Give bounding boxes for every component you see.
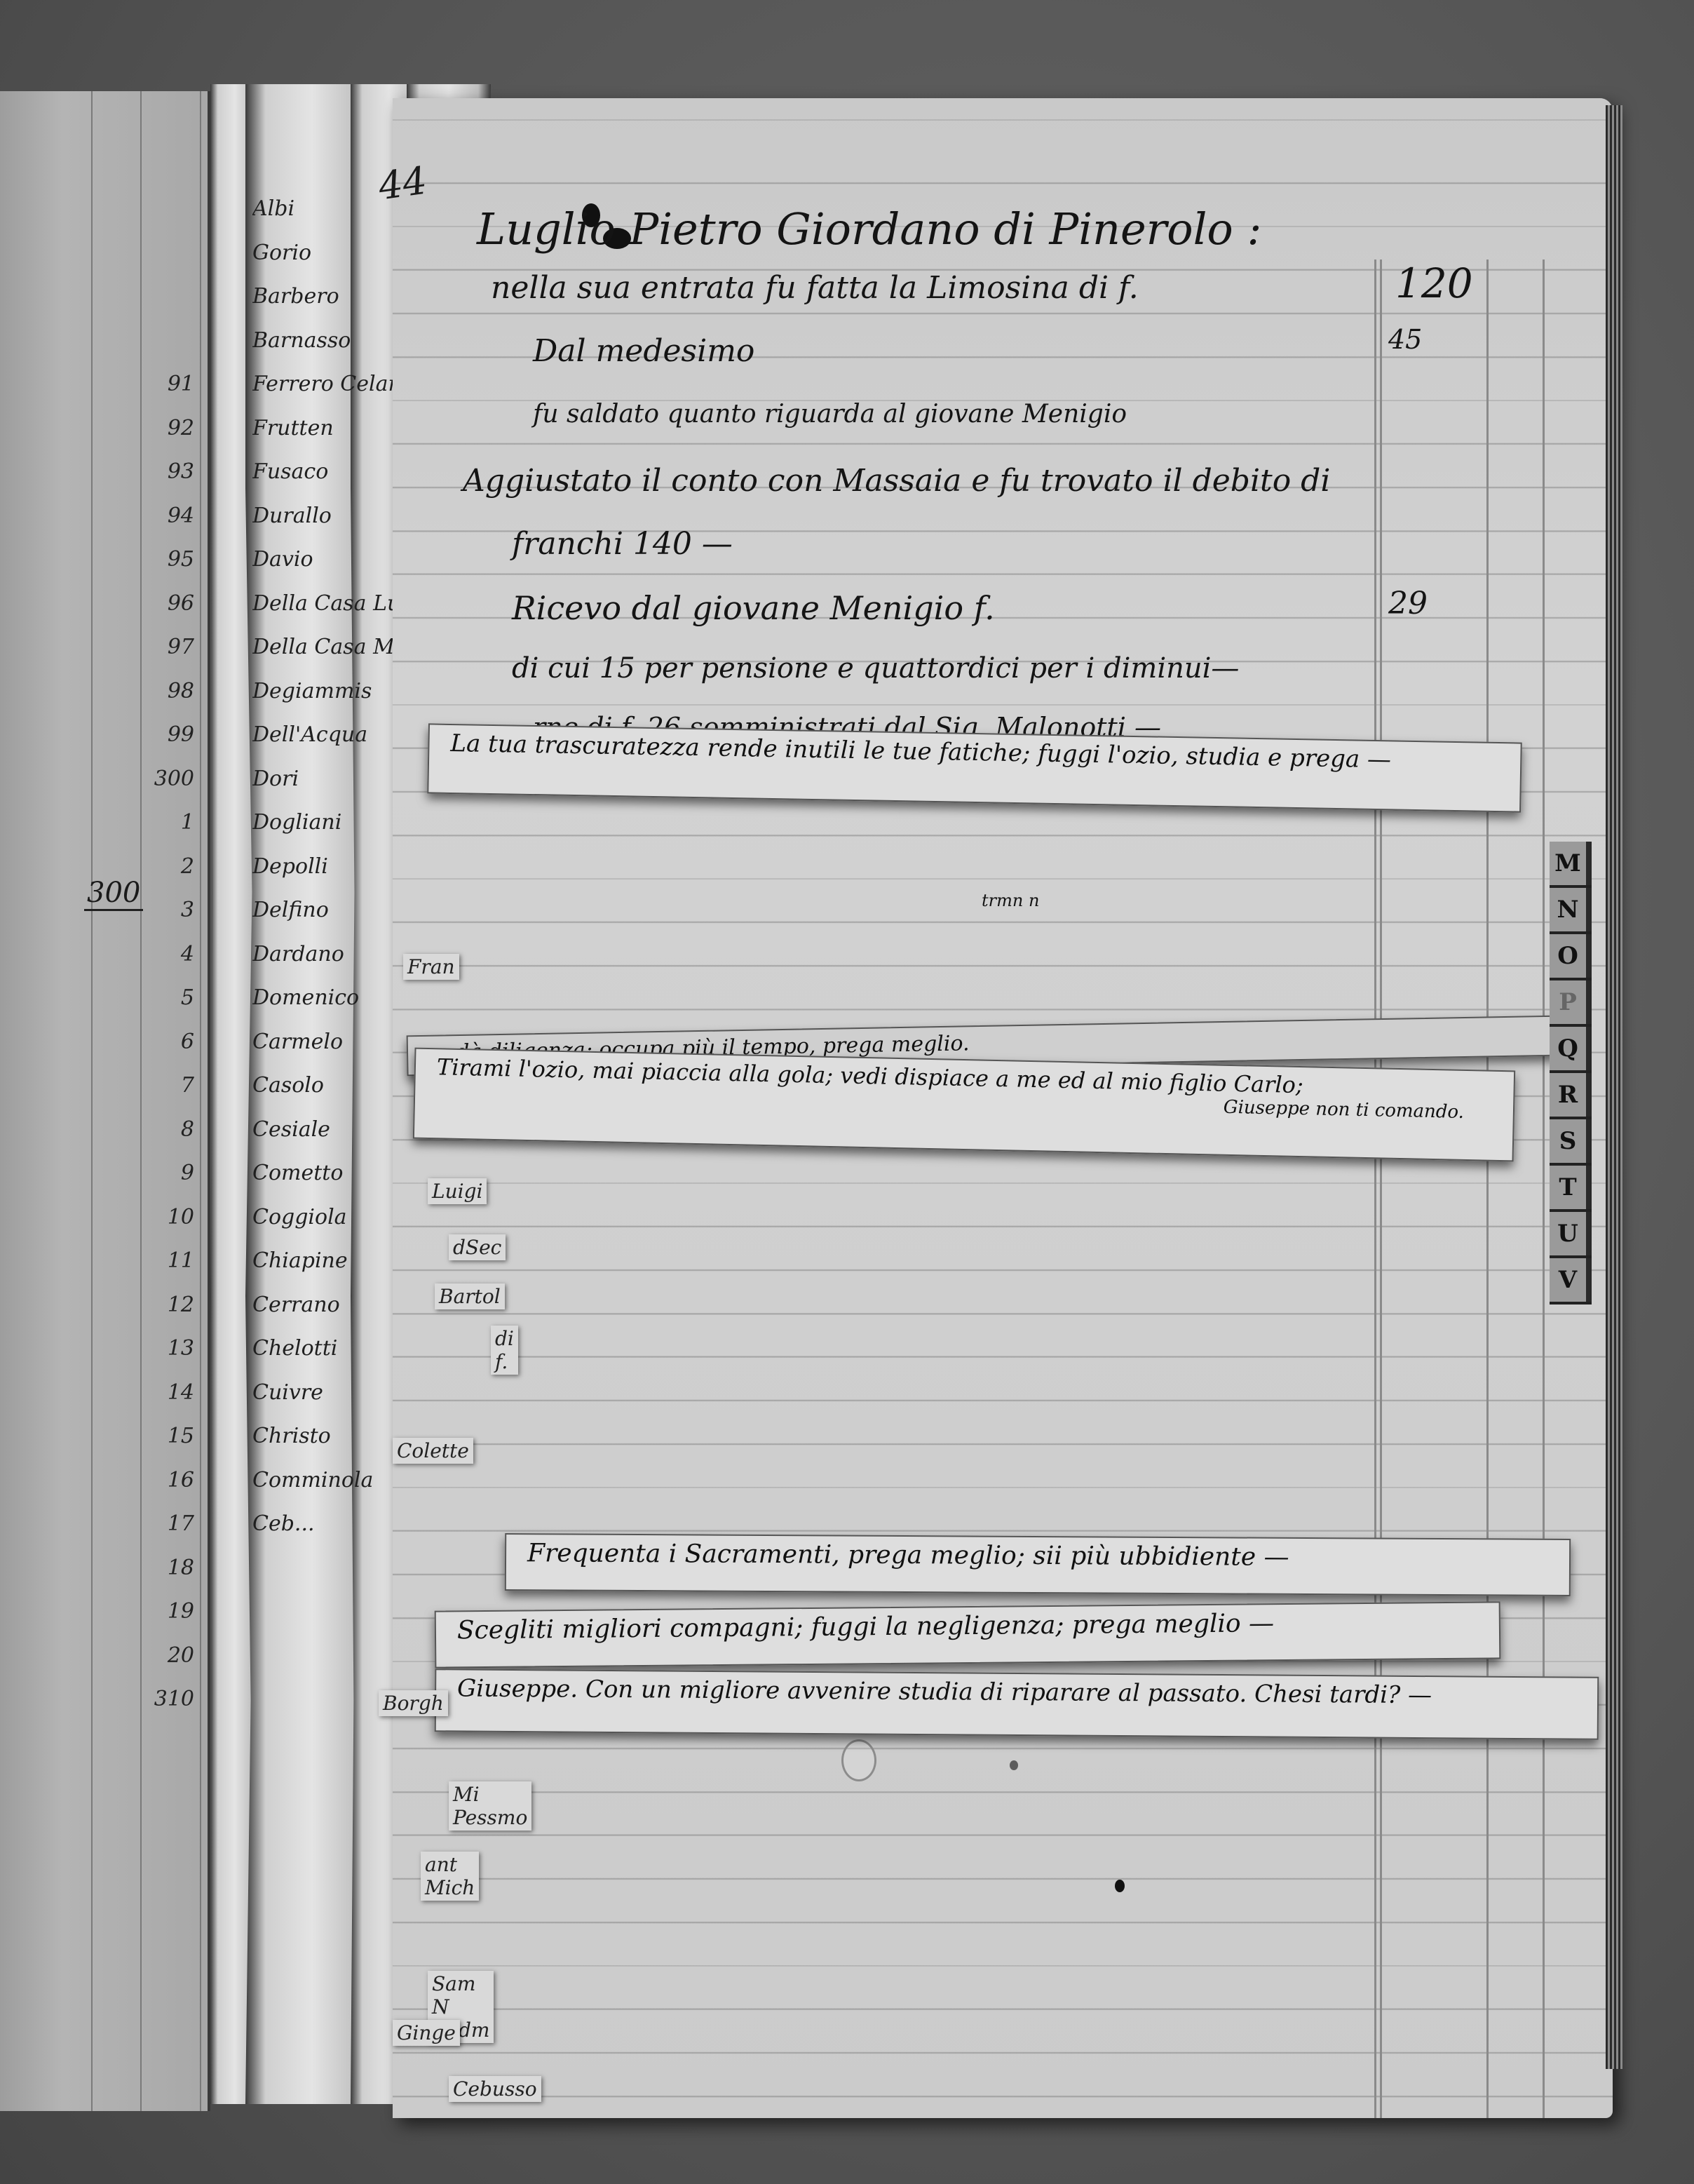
ledger-name: Dori (252, 767, 414, 811)
pasted-strip: Scegliti migliori compagni; fuggi la neg… (435, 1601, 1501, 1668)
ledger-name: Cometto (252, 1161, 414, 1205)
row-number: 300 (151, 767, 200, 811)
cents-column-rule (1486, 259, 1489, 2118)
row-number: 8 (151, 1117, 200, 1161)
ink-speck (1010, 1760, 1018, 1770)
torn-fragment-text: Colette (393, 1438, 473, 1464)
pasted-strip: Frequenta i Sacramenti, prega meglio; si… (505, 1533, 1571, 1596)
left-page-rule (91, 91, 93, 2111)
ledger-name: Dell'Acqua (252, 722, 414, 767)
alphabet-index-tabs: M N O P Q R S T U V (1550, 842, 1592, 1305)
ledger-name: Davio (252, 547, 414, 591)
strip-text: Scegliti migliori compagni; fuggi la neg… (457, 1609, 1275, 1645)
row-number: 12 (151, 1293, 200, 1337)
ledger-name: Fusaco (252, 459, 414, 504)
ink-speck (1115, 1880, 1125, 1892)
index-tab-n[interactable]: N (1550, 888, 1592, 931)
ledger-amount: 29 (1388, 586, 1428, 621)
index-tab-m[interactable]: M (1550, 842, 1592, 885)
index-tab-p[interactable]: P (1550, 980, 1592, 1024)
ledger-name: Dardano (252, 942, 414, 986)
torn-fragment-text: ant Mich (421, 1852, 479, 1901)
ledger-name: Cerrano (252, 1293, 414, 1337)
left-page-rule (200, 91, 201, 2111)
ledger-amount: 120 (1395, 259, 1473, 307)
row-number: 310 (151, 1687, 200, 1731)
torn-fragment-text: Fran (403, 954, 459, 980)
row-number: 5 (151, 985, 200, 1030)
torn-fragment-text: dSec (449, 1234, 506, 1260)
ledger-name: Comminola (252, 1468, 414, 1512)
row-number: 93 (151, 459, 200, 504)
ledger-name: Coggiola (252, 1205, 414, 1249)
ledger-entry: Luglio Pietro Giordano di Pinerolo : (477, 203, 1261, 255)
ledger-name: Dogliani (252, 810, 414, 854)
row-number: 16 (151, 1468, 200, 1512)
row-number: 13 (151, 1336, 200, 1380)
strip-text: Giuseppe. Con un migliore avvenire studi… (457, 1674, 1432, 1709)
row-number: 3 (151, 898, 200, 942)
row-number: 94 (151, 504, 200, 548)
ledger-name: Durallo (252, 504, 414, 548)
ledger-name: Delfino (252, 898, 414, 942)
torn-fragment-text: di f. (491, 1326, 518, 1375)
ledger-name: Della Casa Lug (252, 591, 414, 635)
row-number: 98 (151, 679, 200, 723)
row-number: 7 (151, 1073, 200, 1117)
row-number: 15 (151, 1424, 200, 1468)
page-number: 44 (376, 159, 430, 209)
index-tab-r[interactable]: R (1550, 1073, 1592, 1117)
row-number: 10 (151, 1205, 200, 1249)
ledger-name: Ceb... (252, 1511, 414, 1556)
index-tab-v[interactable]: V (1550, 1258, 1592, 1302)
pasted-strip: Giuseppe. Con un migliore avvenire studi… (435, 1669, 1599, 1740)
running-total: 300 (84, 877, 143, 911)
ledger-entry: Dal medesimo (533, 333, 754, 369)
ledger-name: Cesiale (252, 1117, 414, 1161)
row-number: 96 (151, 591, 200, 635)
index-tab-o[interactable]: O (1550, 934, 1592, 978)
ledger-name: Barbero (252, 284, 414, 328)
ledger-entry: Ricevo dal giovane Menigio f. (512, 589, 995, 627)
ledger-name: Gorio (252, 241, 414, 285)
ledger-name: Chiapine (252, 1248, 414, 1293)
torn-fragment-text: Borgh (379, 1690, 448, 1716)
ledger-name: Chelotti (252, 1336, 414, 1380)
left-ledger-page: 300 919293949596979899300123456789101112… (0, 91, 210, 2111)
left-page-rule (140, 91, 142, 2111)
row-number: 17 (151, 1511, 200, 1556)
paper-stain (841, 1739, 876, 1781)
ledger-name: Depolli (252, 854, 414, 898)
ledger-name: Ferrero Celar (252, 372, 414, 416)
row-number: 11 (151, 1248, 200, 1293)
row-number: 19 (151, 1599, 200, 1643)
row-number: 9 (151, 1161, 200, 1205)
ledger-name: Frutten (252, 416, 414, 460)
ledger-entry: di cui 15 per pensione e quattordici per… (512, 652, 1239, 685)
ledger-entry: nella sua entrata fu fatta la Limosina d… (491, 270, 1139, 306)
ledger-name: Casolo (252, 1073, 414, 1117)
row-number: 4 (151, 942, 200, 986)
index-tab-q[interactable]: Q (1550, 1027, 1592, 1070)
torn-fragment-text: Cebusso (449, 2076, 541, 2102)
names-column: AlbiGorioBarberoBarnassoFerrero CelarFru… (252, 196, 414, 1556)
ledger-name: Cuivre (252, 1380, 414, 1424)
amount-column-rule (1380, 259, 1382, 2118)
torn-fragment-text: Mi Pessmo (449, 1781, 531, 1831)
row-number: 14 (151, 1380, 200, 1424)
ledger-entry: franchi 140 — (512, 526, 733, 562)
book-page-edges (1606, 105, 1622, 2069)
ledger-entry: fu saldato quanto riguarda al giovane Me… (533, 400, 1127, 429)
row-number: 99 (151, 722, 200, 767)
row-number: 18 (151, 1556, 200, 1600)
row-number: 97 (151, 635, 200, 679)
ledger-name: Christo (252, 1424, 414, 1468)
ledger-name: Domenico (252, 985, 414, 1030)
row-number: 6 (151, 1030, 200, 1074)
strip-text: Frequenta i Sacramenti, prega meglio; si… (527, 1539, 1289, 1572)
ledger-entry: Aggiustato il conto con Massaia e fu tro… (463, 463, 1330, 499)
ledger-name: Della Casa Mass (252, 635, 414, 679)
ledger-name: Carmelo (252, 1030, 414, 1074)
torn-fragment-text: Bartol (435, 1283, 505, 1309)
margin-column-rule (1543, 259, 1545, 2118)
row-number: 2 (151, 854, 200, 898)
index-tab-s[interactable]: S (1550, 1119, 1592, 1163)
torn-fragment-text: Ginge (393, 2020, 460, 2046)
ledger-name: Degiammis (252, 679, 414, 723)
row-number: 1 (151, 810, 200, 854)
stray-ink-mark: trmn n (982, 891, 1039, 910)
row-number-column: 9192939495969798993001234567891011121314… (151, 372, 200, 1731)
index-tab-u[interactable]: U (1550, 1212, 1592, 1255)
ledger-name: Barnasso (252, 328, 414, 372)
ledger-amount: 45 (1388, 324, 1422, 355)
row-number: 20 (151, 1643, 200, 1687)
amount-column-rule (1374, 259, 1376, 2118)
row-number: 95 (151, 547, 200, 591)
index-tab-t[interactable]: T (1550, 1166, 1592, 1209)
row-number: 92 (151, 416, 200, 460)
torn-fragment-text: Luigi (428, 1178, 487, 1204)
row-number: 91 (151, 372, 200, 416)
